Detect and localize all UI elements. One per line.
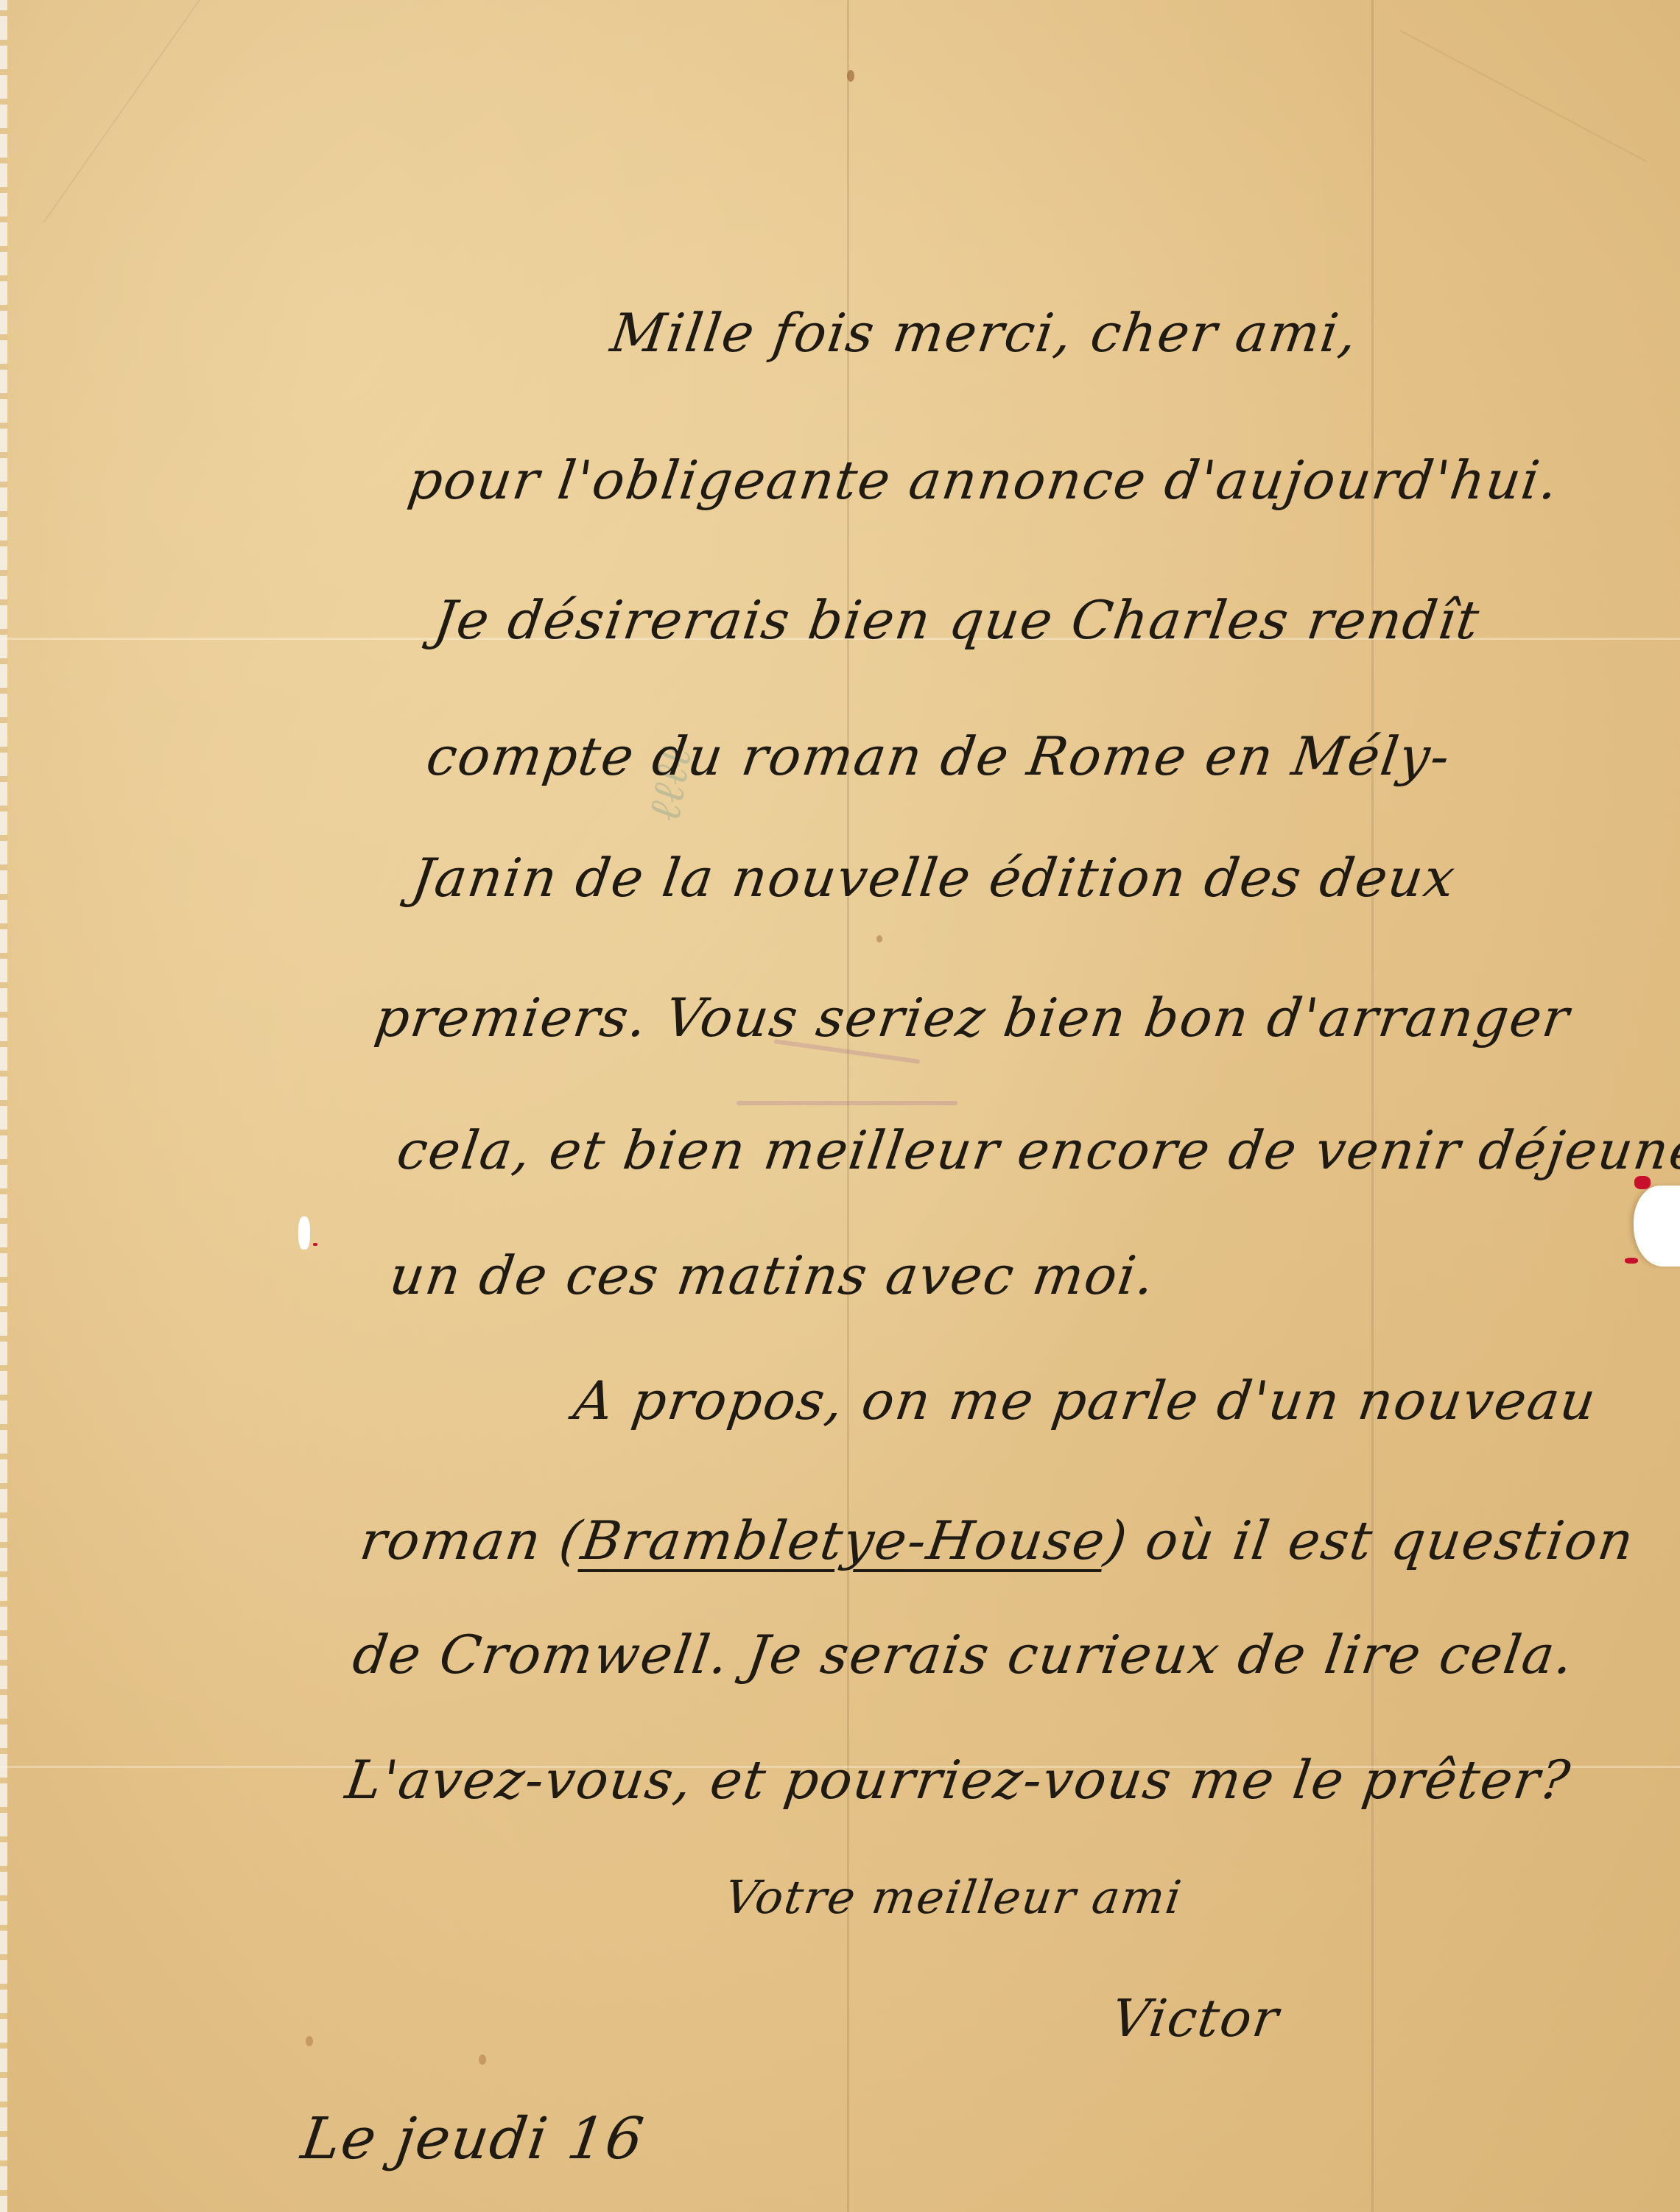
small-tear	[298, 1216, 310, 1250]
paper-crease	[1399, 29, 1647, 162]
red-wax-trace	[313, 1243, 317, 1246]
letter-line-2: pour l'obligeante annonce d'aujourd'hui.	[404, 449, 1563, 511]
letter-line-4: compte du roman de Rome en Mély-	[423, 725, 1455, 787]
letter-signature: Victor	[1108, 1988, 1283, 2049]
letter-line-7: cela, et bien meilleur encore de venir d…	[393, 1119, 1680, 1181]
foxing-spot	[847, 70, 854, 82]
letter-line-10: roman (Brambletye-House) où il est quest…	[356, 1510, 1639, 1571]
letter-line-6: premiers. Vous seriez bien bon d'arrange…	[371, 987, 1574, 1049]
letter-line-5: Janin de la nouvelle édition des deux	[408, 847, 1460, 909]
line-10-prefix: roman (	[356, 1510, 586, 1571]
letter-line-12: L'avez-vous, et pourriez-vous me le prêt…	[342, 1749, 1575, 1811]
letter-date: Le jeudi 16	[298, 2106, 649, 2172]
line-10-suffix: ) où il est question	[1101, 1510, 1638, 1571]
deckled-left-edge	[0, 0, 7, 2212]
foxing-spot	[479, 2054, 486, 2065]
vertical-fold-line	[1371, 0, 1374, 2212]
paper-crease	[43, 0, 256, 222]
foxing-spot	[306, 2036, 313, 2046]
letter-line-1: Mille fois merci, cher ami,	[607, 302, 1362, 364]
letter-line-9: A propos, on me parle d'un nouveau	[570, 1370, 1600, 1431]
letter-line-8: un de ces matins avec moi.	[386, 1244, 1159, 1306]
red-wax-trace	[1625, 1258, 1638, 1264]
book-title-underlined: Brambletye-House	[577, 1510, 1110, 1571]
foxing-spot	[876, 935, 882, 943]
seal-tear-hole	[1634, 1186, 1680, 1267]
faint-purple-mark	[737, 1101, 957, 1105]
letter-closing: Votre meilleur ami	[722, 1870, 1186, 1924]
letter-line-3: Je désirerais bien que Charles rendît	[430, 589, 1484, 651]
letter-sheet: ℓℓℓℓ Mille fois merci, cher ami, pour l'…	[0, 0, 1680, 2212]
letter-line-11: de Cromwell. Je serais curieux de lire c…	[349, 1624, 1578, 1686]
